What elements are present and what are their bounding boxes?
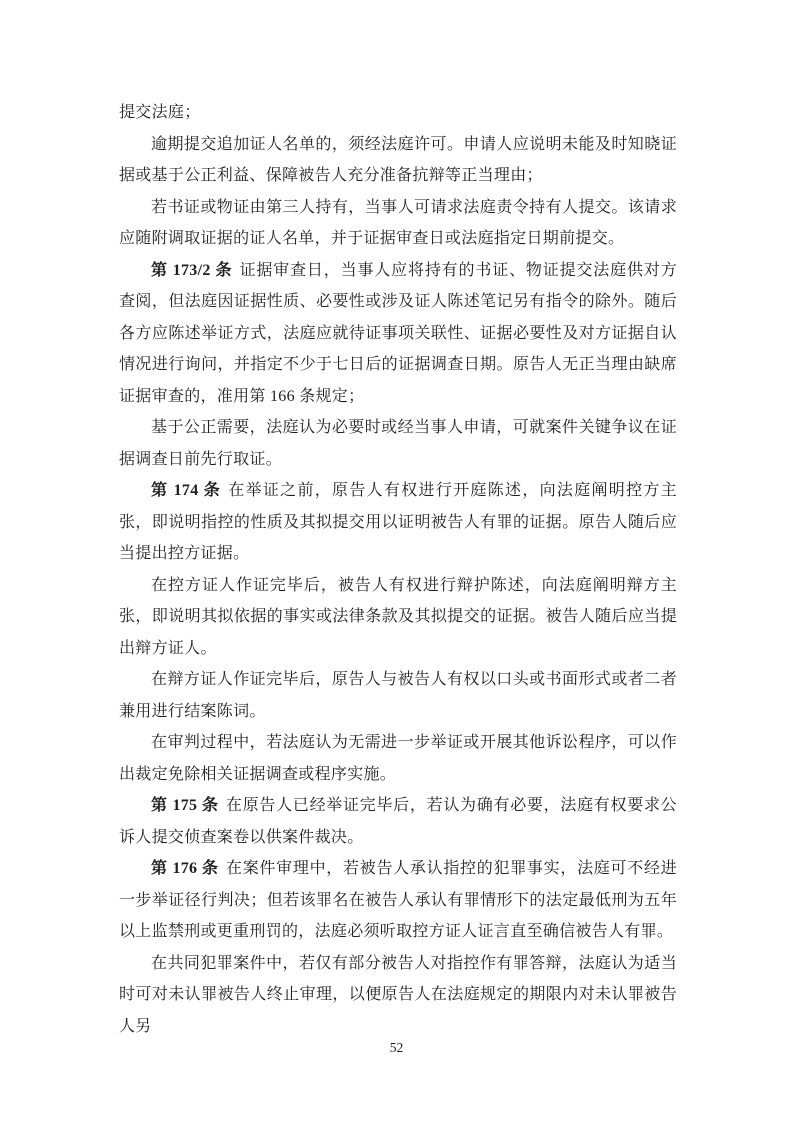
page-number: 52 [390,1040,404,1055]
paragraph-text: 在辩方证人作证完毕后，原告人与被告人有权以口头或书面形式或者二者兼用进行结案陈词… [119,671,677,720]
paragraph-text: 在控方证人作证完毕后，被告人有权进行辩护陈述，向法庭阐明辩方主张，即说明其拟依据… [119,577,677,657]
article-number: 第 176 条 [151,860,219,877]
paragraph: 若书证或物证由第三人持有，当事人可请求法庭责令持有人提交。该请求应随附调取证据的… [119,192,677,255]
paragraph-text: 在审判过程中，若法庭认为无需进一步举证或开展其他诉讼程序，可以作出裁定免除相关证… [119,734,677,783]
paragraph: 逾期提交追加证人名单的，须经法庭许可。申请人应说明未能及时知晓证据或基于公正利益… [119,129,677,192]
paragraph: 第 175 条在原告人已经举证完毕后，若认为确有必要，法庭有权要求公诉人提交侦查… [119,790,677,853]
paragraph-text: 基于公正需要，法庭认为必要时或经当事人申请，可就案件关键争议在证据调查日前先行取… [119,419,677,468]
paragraph: 第 176 条在案件审理中，若被告人承认指控的犯罪事实，法庭可不经进一步举证径行… [119,853,677,948]
paragraph: 第 173/2 条证据审查日，当事人应将持有的书证、物证提交法庭供对方查阅，但法… [119,255,677,413]
article-number: 第 173/2 条 [151,262,232,279]
paragraph: 基于公正需要，法庭认为必要时或经当事人申请，可就案件关键争议在证据调查日前先行取… [119,412,677,475]
paragraph: 第 174 条在举证之前，原告人有权进行开庭陈述，向法庭阐明控方主张，即说明指控… [119,475,677,570]
paragraph-text: 若书证或物证由第三人持有，当事人可请求法庭责令持有人提交。该请求应随附调取证据的… [119,199,677,248]
paragraph: 在共同犯罪案件中，若仅有部分被告人对指控作有罪答辩，法庭认为适当时可对未认罪被告… [119,948,677,1043]
article-number: 第 174 条 [151,482,221,499]
article-number: 第 175 条 [151,797,219,814]
paragraph-text: 提交法庭； [119,104,201,121]
paragraph-text: 在共同犯罪案件中，若仅有部分被告人对指控作有罪答辩，法庭认为适当时可对未认罪被告… [119,955,677,1035]
page-footer: 52 [0,1039,793,1057]
paragraph: 在审判过程中，若法庭认为无需进一步举证或开展其他诉讼程序，可以作出裁定免除相关证… [119,727,677,790]
document-page: 提交法庭；逾期提交追加证人名单的，须经法庭许可。申请人应说明未能及时知晓证据或基… [0,0,793,1122]
text-block: 提交法庭；逾期提交追加证人名单的，须经法庭许可。申请人应说明未能及时知晓证据或基… [119,97,677,1042]
paragraph-text: 逾期提交追加证人名单的，须经法庭许可。申请人应说明未能及时知晓证据或基于公正利益… [119,136,677,185]
paragraph: 在控方证人作证完毕后，被告人有权进行辩护陈述，向法庭阐明辩方主张，即说明其拟依据… [119,570,677,665]
paragraph: 在辩方证人作证完毕后，原告人与被告人有权以口头或书面形式或者二者兼用进行结案陈词… [119,664,677,727]
paragraph-text: 证据审查日，当事人应将持有的书证、物证提交法庭供对方查阅，但法庭因证据性质、必要… [119,262,677,405]
paragraph: 提交法庭； [119,97,677,129]
